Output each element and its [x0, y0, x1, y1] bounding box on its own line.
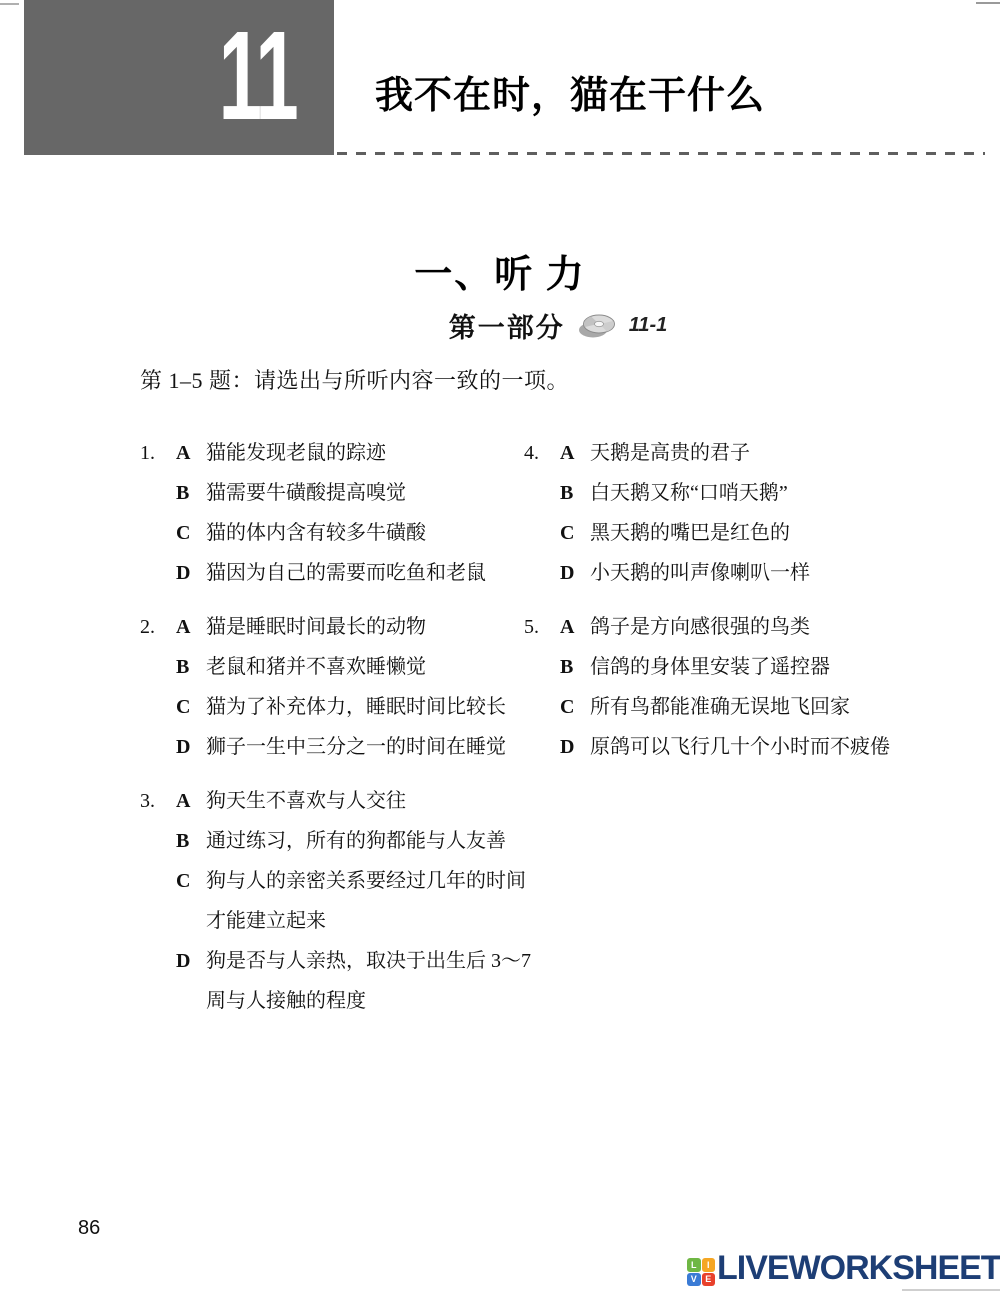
option-text: 狗天生不喜欢与人交往 — [206, 781, 406, 821]
option-1d[interactable]: D 猫因为自己的需要而吃鱼和老鼠 — [176, 553, 538, 593]
option-5b[interactable]: B 信鸽的身体里安装了遥控器 — [560, 647, 976, 687]
option-label: D — [560, 727, 590, 767]
question-5: 5. A 鸽子是方向感很强的鸟类 B 信鸽的身体里安装了遥控器 C 所有鸟都能准… — [524, 607, 976, 767]
page-number: 86 — [78, 1217, 100, 1240]
question-number: 1. — [140, 433, 155, 473]
question-2: 2. A 猫是睡眠时间最长的动物 B 老鼠和猪并不喜欢睡懒觉 C 猫为了补充体力… — [140, 607, 538, 767]
option-4b[interactable]: B 白天鹅又称“口哨天鹅” — [560, 473, 976, 513]
option-4d[interactable]: D 小天鹅的叫声像喇叭一样 — [560, 553, 976, 593]
option-text: 鸽子是方向感很强的鸟类 — [590, 607, 810, 647]
option-label: A — [176, 607, 206, 647]
question-number: 5. — [524, 607, 539, 647]
option-1a[interactable]: A 猫能发现老鼠的踪迹 — [176, 433, 538, 473]
option-text: 白天鹅又称“口哨天鹅” — [590, 473, 788, 513]
option-text: 老鼠和猪并不喜欢睡懒觉 — [206, 647, 426, 687]
scan-artifact-line — [0, 3, 19, 5]
option-label: D — [176, 727, 206, 767]
option-text: 猫为了补充体力，睡眠时间比较长 — [206, 687, 506, 727]
option-5a[interactable]: A 鸽子是方向感很强的鸟类 — [560, 607, 976, 647]
option-text: 小天鹅的叫声像喇叭一样 — [590, 553, 810, 593]
option-text: 猫能发现老鼠的踪迹 — [206, 433, 386, 473]
option-3a[interactable]: A 狗天生不喜欢与人交往 — [176, 781, 538, 821]
option-2d[interactable]: D 狮子一生中三分之一的时间在睡觉 — [176, 727, 538, 767]
option-4a[interactable]: A 天鹅是高贵的君子 — [560, 433, 976, 473]
option-label: B — [176, 821, 206, 861]
scan-artifact-line — [976, 2, 1000, 4]
option-3b[interactable]: B 通过练习，所有的狗都能与人友善 — [176, 821, 538, 861]
part-heading-row: 第一部分 11-1 — [58, 306, 1000, 345]
option-text: 通过练习，所有的狗都能与人友善 — [206, 821, 506, 861]
option-label: C — [176, 687, 206, 727]
option-5d[interactable]: D 原鸽可以飞行几十个小时而不疲倦 — [560, 727, 976, 767]
option-3d[interactable]: D 狗是否与人亲热，取决于出生后 3～7 周与人接触的程度 — [176, 941, 538, 1021]
option-text: 所有鸟都能准确无误地飞回家 — [590, 687, 850, 727]
question-number: 3. — [140, 781, 155, 821]
audio-track-label: 11-1 — [629, 314, 668, 337]
unit-number: 11 — [218, 13, 296, 139]
option-text: 原鸽可以飞行几十个小时而不疲倦 — [590, 727, 890, 767]
option-5c[interactable]: C 所有鸟都能准确无误地飞回家 — [560, 687, 976, 727]
questions-column-left: 1. A 猫能发现老鼠的踪迹 B 猫需要牛磺酸提高嗅觉 C 猫的体内含有较多牛磺… — [140, 433, 538, 1035]
part-heading: 第一部分 — [449, 306, 565, 345]
unit-number-box: 11 — [24, 0, 334, 155]
option-label: C — [176, 861, 206, 901]
unit-title: 我不在时，猫在干什么 — [375, 64, 765, 119]
option-text: 狗是否与人亲热，取决于出生后 3～7 周与人接触的程度 — [206, 941, 531, 1021]
option-label: B — [176, 473, 206, 513]
option-3c[interactable]: C 狗与人的亲密关系要经过几年的时间 才能建立起来 — [176, 861, 538, 941]
option-text: 猫是睡眠时间最长的动物 — [206, 607, 426, 647]
option-text: 狮子一生中三分之一的时间在睡觉 — [206, 727, 506, 767]
liveworksheets-logo-text: LIVEWORKSHEETS — [717, 1251, 1000, 1285]
option-text: 狗与人的亲密关系要经过几年的时间 才能建立起来 — [206, 861, 526, 941]
option-1c[interactable]: C 猫的体内含有较多牛磺酸 — [176, 513, 538, 553]
option-1b[interactable]: B 猫需要牛磺酸提高嗅觉 — [176, 473, 538, 513]
instruction-text: 第 1–5 题：请选出与所听内容一致的一项。 — [140, 364, 569, 395]
option-2a[interactable]: A 猫是睡眠时间最长的动物 — [176, 607, 538, 647]
option-text: 信鸽的身体里安装了遥控器 — [590, 647, 830, 687]
option-label: D — [176, 553, 206, 593]
option-label: B — [560, 473, 590, 513]
option-2b[interactable]: B 老鼠和猪并不喜欢睡懒觉 — [176, 647, 538, 687]
option-label: C — [560, 687, 590, 727]
cd-icon — [577, 311, 617, 341]
option-text: 猫的体内含有较多牛磺酸 — [206, 513, 426, 553]
section-heading: 一、听 力 — [0, 243, 1000, 298]
question-number: 2. — [140, 607, 155, 647]
logo-tile-v: V — [687, 1273, 701, 1287]
option-2c[interactable]: C 猫为了补充体力，睡眠时间比较长 — [176, 687, 538, 727]
option-label: D — [176, 941, 206, 981]
liveworksheets-logo-icon: L I V E — [687, 1258, 715, 1286]
option-label: A — [560, 607, 590, 647]
liveworksheets-logo[interactable]: L I V E LIVEWORKSHEETS — [687, 1250, 1000, 1286]
option-text: 天鹅是高贵的君子 — [590, 433, 750, 473]
question-3: 3. A 狗天生不喜欢与人交往 B 通过练习，所有的狗都能与人友善 C 狗与人的… — [140, 781, 538, 1021]
logo-tile-e: E — [702, 1273, 716, 1287]
option-label: A — [176, 433, 206, 473]
option-label: C — [176, 513, 206, 553]
option-text: 猫因为自己的需要而吃鱼和老鼠 — [206, 553, 486, 593]
option-4c[interactable]: C 黑天鹅的嘴巴是红色的 — [560, 513, 976, 553]
option-label: B — [176, 647, 206, 687]
option-label: A — [176, 781, 206, 821]
logo-tile-l: L — [687, 1258, 701, 1272]
question-1: 1. A 猫能发现老鼠的踪迹 B 猫需要牛磺酸提高嗅觉 C 猫的体内含有较多牛磺… — [140, 433, 538, 593]
option-label: C — [560, 513, 590, 553]
question-4: 4. A 天鹅是高贵的君子 B 白天鹅又称“口哨天鹅” C 黑天鹅的嘴巴是红色的… — [524, 433, 976, 593]
option-label: A — [560, 433, 590, 473]
option-text: 猫需要牛磺酸提高嗅觉 — [206, 473, 406, 513]
option-label: D — [560, 553, 590, 593]
questions-column-right: 4. A 天鹅是高贵的君子 B 白天鹅又称“口哨天鹅” C 黑天鹅的嘴巴是红色的… — [524, 433, 976, 781]
option-text: 黑天鹅的嘴巴是红色的 — [590, 513, 790, 553]
question-number: 4. — [524, 433, 539, 473]
dashed-divider — [337, 152, 985, 155]
logo-tile-i: I — [702, 1258, 716, 1272]
option-label: B — [560, 647, 590, 687]
scan-artifact-line — [902, 1289, 1000, 1291]
